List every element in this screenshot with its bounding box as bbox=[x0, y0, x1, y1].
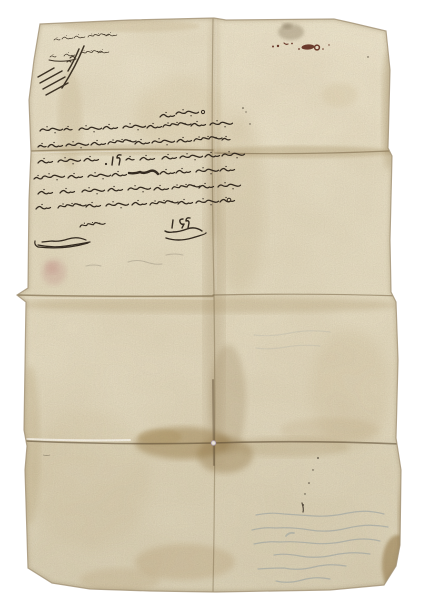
right-lower-edge-stain bbox=[399, 480, 415, 560]
manuscript-photo bbox=[0, 0, 426, 600]
paper-grain-texture bbox=[0, 0, 426, 600]
document-svg bbox=[0, 0, 426, 600]
